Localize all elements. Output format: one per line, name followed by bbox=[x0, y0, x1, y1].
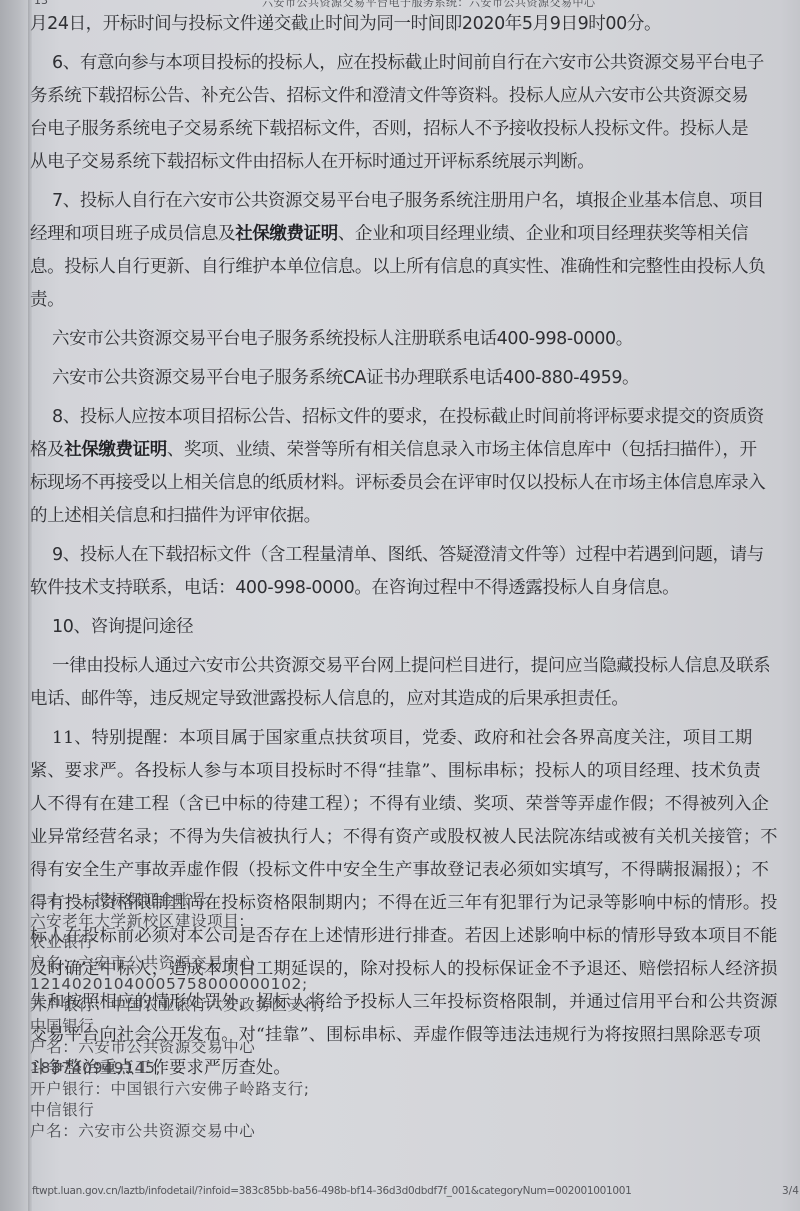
text-line: 业异常经营名录；不得为失信被执行人；不得有资产或股权被人民法院冻结或被有关机关接… bbox=[30, 821, 795, 854]
account-name: 户名：六安市公共资源交易中心 bbox=[30, 953, 326, 974]
text-span: 格及 bbox=[30, 440, 64, 460]
paragraph-9: 9、投标人在下载招标文件（含工程量清单、图纸、答疑澄清文件等）过程中若遇到问题，… bbox=[30, 539, 795, 605]
text-line: 台电子服务系统电子交易系统下载招标文件，否则，招标人不予接收投标人投标文件。投标… bbox=[30, 113, 795, 146]
paragraph-10-heading: 10、咨询提问途径 bbox=[30, 611, 795, 644]
running-header: 13 六安市公共资源交易平台电子服务系统：六安市公共资源交易中心 bbox=[0, 0, 800, 8]
text-line: 经理和项目班子成员信息及社保缴费证明、企业和项目经理业绩、企业和项目经理获奖等相… bbox=[30, 218, 795, 251]
text-line: 9、投标人在下载招标文件（含工程量清单、图纸、答疑澄清文件等）过程中若遇到问题，… bbox=[30, 539, 795, 572]
header-page-number: 13 bbox=[34, 0, 48, 7]
bank-name: 中信银行 bbox=[30, 1100, 326, 1121]
contact-ca-phone: 六安市公共资源交易平台电子服务系统CA证书办理联系电话400-880-4959。 bbox=[30, 362, 795, 395]
paragraph-6: 6、有意向参与本项目投标的投标人，应在投标截止时间前自行在六安市公共资源交易平台… bbox=[30, 47, 795, 179]
page-indicator: 3/4 bbox=[782, 1185, 799, 1197]
text-line: 软件技术支持联系，电话：400-998-0000。在咨询过程中不得透露投标人自身… bbox=[30, 572, 795, 605]
text-line: 得有安全生产事故弄虚作假（投标文件中安全生产事故登记表必须如实填写，不得瞒报漏报… bbox=[30, 854, 795, 887]
bank-branch: 开户银行：中国银行六安佛子岭路支行; bbox=[30, 1079, 326, 1100]
account-number: 188740949145; bbox=[30, 1058, 326, 1079]
text-line: 务系统下载招标公告、补充公告、招标文件和澄清文件等资料。投标人应从六安市公共资源… bbox=[30, 80, 795, 113]
bank-name: 中国银行 bbox=[30, 1016, 326, 1037]
text-line: 8、投标人应按本项目招标公告、招标文件的要求，在投标截止时间前将评标要求提交的资… bbox=[30, 401, 795, 434]
document-page: 13 六安市公共资源交易平台电子服务系统：六安市公共资源交易中心 月24日，开标… bbox=[0, 0, 800, 1211]
text-span: 、企业和项目经理业绩、企业和项目经理获奖等相关信 bbox=[338, 224, 748, 244]
paragraph-8: 8、投标人应按本项目招标公告、招标文件的要求，在投标截止时间前将评标要求提交的资… bbox=[30, 401, 795, 533]
contact-register-phone: 六安市公共资源交易平台电子服务系统投标人注册联系电话400-998-0000。 bbox=[30, 323, 795, 356]
text-line: 从电子交易系统下载招标文件由招标人在开标时通过开评标系统展示判断。 bbox=[30, 146, 795, 179]
text-line: 标现场不再接受以上相关信息的纸质材料。评标委员会在评审时仅以投标人在市场主体信息… bbox=[30, 467, 795, 500]
bank-branch: 开户银行：中国农业银行六安政务区支行; bbox=[30, 995, 326, 1016]
deposit-account-section: 二十一、投标保证金账号: 六安老年大学新校区建设项目: 农业银行 户名：六安市公… bbox=[30, 890, 326, 1142]
account-name: 户名：六安市公共资源交易中心 bbox=[30, 1121, 326, 1142]
paragraph-10: 一律由投标人通过六安市公共资源交易平台网上提问栏目进行，提问应当隐藏投标人信息及… bbox=[30, 650, 795, 716]
text-line: 责。 bbox=[30, 284, 795, 317]
bold-social-security-proof: 社保缴费证明 bbox=[235, 224, 338, 244]
text-line: 格及社保缴费证明、奖项、业绩、荣誉等所有相关信息录入市场主体信息库中（包括扫描件… bbox=[30, 434, 795, 467]
paragraph-5-tail: 月24日，开标时间与投标文件递交截止时间为同一时间即2020年5月9日9时00分… bbox=[30, 8, 795, 41]
text-line: 6、有意向参与本项目投标的投标人，应在投标截止时间前自行在六安市公共资源交易平台… bbox=[30, 47, 795, 80]
paragraph-7: 7、投标人自行在六安市公共资源交易平台电子服务系统注册用户名，填报企业基本信息、… bbox=[30, 185, 795, 317]
text-line: 息。投标人自行更新、自行维护本单位信息。以上所有信息的真实性、准确性和完整性由投… bbox=[30, 251, 795, 284]
text-line: 电话、邮件等，违反规定导致泄露投标人信息的，应对其造成的后果承担责任。 bbox=[30, 683, 795, 716]
text-line: 一律由投标人通过六安市公共资源交易平台网上提问栏目进行，提问应当隐藏投标人信息及… bbox=[30, 650, 795, 683]
account-name: 户名：六安市公共资源交易中心 bbox=[30, 1037, 326, 1058]
bold-social-security-proof: 社保缴费证明 bbox=[64, 440, 167, 460]
text-line: 11、特别提醒：本项目属于国家重点扶贫项目，党委、政府和社会各界高度关注，项目工… bbox=[30, 722, 795, 755]
text-span: 经理和项目班子成员信息及 bbox=[30, 224, 235, 244]
text-line: 紧、要求严。各投标人参与本项目投标时不得“挂靠”、围标串标；投标人的项目经理、技… bbox=[30, 755, 795, 788]
text-line: 人不得有在建工程（含已中标的待建工程）；不得有业绩、奖项、荣誉等弄虚作假；不得被… bbox=[30, 788, 795, 821]
print-footer: ftwpt.luan.gov.cn/laztb/infodetail/?info… bbox=[0, 1185, 800, 1201]
text-line: 的上述相关信息和扫描件为评审依据。 bbox=[30, 500, 795, 533]
source-url: ftwpt.luan.gov.cn/laztb/infodetail/?info… bbox=[32, 1185, 632, 1197]
section-heading: 二十一、投标保证金账号: bbox=[30, 890, 326, 911]
project-name: 六安老年大学新校区建设项目: bbox=[30, 911, 326, 932]
text-line: 7、投标人自行在六安市公共资源交易平台电子服务系统注册用户名，填报企业基本信息、… bbox=[30, 185, 795, 218]
text-span: 、奖项、业绩、荣誉等所有相关信息录入市场主体信息库中（包括扫描件），开 bbox=[167, 440, 757, 460]
bank-name: 农业银行 bbox=[30, 932, 326, 953]
account-number: 12140201040005758000000102; bbox=[30, 974, 326, 995]
